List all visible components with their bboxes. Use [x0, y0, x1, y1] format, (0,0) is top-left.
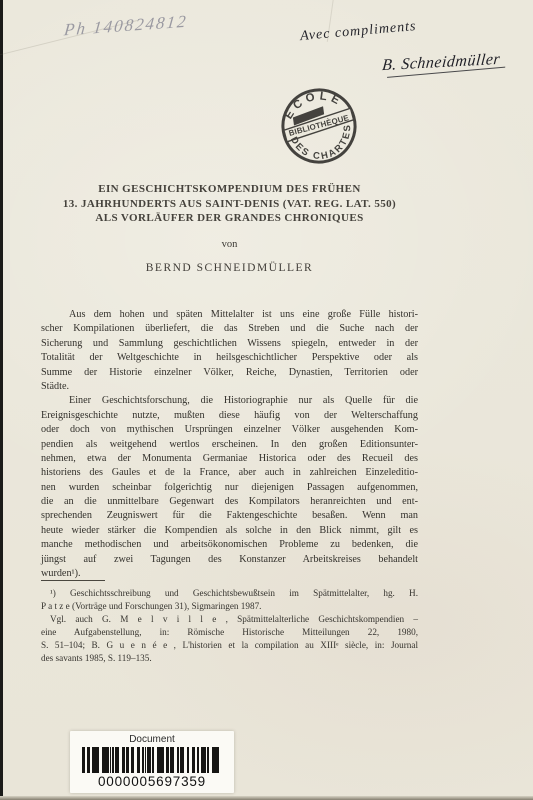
title-line: ALS VORLÄUFER DER GRANDES CHRONIQUES	[41, 211, 418, 226]
body-line: nen wurden scheinbar folgerichtig nur di…	[41, 481, 418, 495]
body-line: die an die unmittelbare Gegenwart des Ko…	[41, 495, 418, 509]
library-stamp: ECOLE DES CHARTES BIBLIOTHÈQUE	[255, 62, 382, 189]
footnote-line: ¹) Geschichtsschreibung und Geschichtsbe…	[41, 587, 418, 600]
article-title: EIN GESCHICHTSKOMPENDIUM DES FRÜHEN 13. …	[41, 182, 418, 226]
body-line: Sicherung und Sammlung geschichtlichen W…	[41, 337, 418, 351]
body-line: scher Kompilationen überliefert, die das…	[41, 322, 418, 336]
footnote-line: P a t z e (Vorträge und Forschungen 31),…	[41, 600, 418, 613]
scan-edge-bottom	[0, 796, 533, 800]
byline: von	[41, 239, 418, 250]
author-name: BERND SCHNEIDMÜLLER	[41, 262, 418, 274]
footnote-line: eine Aufgabenstellung, in: Römische Hist…	[41, 626, 418, 639]
body-text: Aus dem hohen und späten Mittelalter ist…	[41, 308, 418, 581]
body-line: Totalität der Weltgeschichte in heilsges…	[41, 351, 418, 365]
body-line: heute wieder stärker die Kompendien als …	[41, 524, 418, 538]
barcode-label-title: Document	[70, 734, 234, 746]
library-stamp-icon: ECOLE DES CHARTES BIBLIOTHÈQUE	[255, 62, 382, 189]
scanned-page: Ph 140824812 Avec compliments B. Schneid…	[0, 0, 533, 800]
body-line: manche methodischen und arbeitsökonomisc…	[41, 538, 418, 552]
footnote-line: Vgl. auch G. M e l v i l l e , Spätmitte…	[41, 613, 418, 626]
footnote-block: ¹) Geschichtsschreibung und Geschichtsbe…	[41, 587, 418, 666]
scan-edge-left	[0, 0, 3, 800]
body-line: Ereignisgeschichte nutzte, mußten diese …	[41, 409, 418, 423]
barcode-label: Document 0000005697359	[70, 731, 234, 793]
handwritten-signature: B. Schneidmüller	[381, 51, 501, 75]
body-line: historiens des Gaules et de la France, a…	[41, 466, 418, 480]
body-line: Aus dem hohen und späten Mittelalter ist…	[41, 308, 418, 322]
barcode-number: 0000005697359	[70, 774, 234, 789]
body-line: sprechenden Zeugniswert für die Faktenge…	[41, 509, 418, 523]
pencil-shelfmark: Ph 140824812	[63, 12, 188, 41]
body-line: pendien als weitgehend wertlos erscheine…	[41, 438, 418, 452]
body-line: nehmen, etwa der Monumenta Germaniae His…	[41, 452, 418, 466]
footnote-line: S. 51–104; B. G u e n é e , L'historien …	[41, 639, 418, 652]
footnote-line: des savants 1985, S. 119–135.	[41, 652, 418, 665]
footnote-separator	[41, 580, 105, 581]
body-line: jüngst auf zwei Tagungen des Konstanzer …	[41, 553, 418, 567]
body-line: Einer Geschichtsforschung, die Historiog…	[41, 394, 418, 408]
handwritten-dedication: Avec compliments	[300, 19, 418, 45]
title-line: EIN GESCHICHTSKOMPENDIUM DES FRÜHEN	[41, 182, 418, 197]
body-line: Städte.	[41, 380, 418, 394]
body-line: Summe der Historie einzelner Völker, Rei…	[41, 366, 418, 380]
body-line: oder doch von mythischen Ursprüngen einz…	[41, 423, 418, 437]
title-line: 13. JAHRHUNDERTS AUS SAINT-DENIS (VAT. R…	[41, 197, 418, 212]
barcode-icon	[82, 747, 222, 773]
